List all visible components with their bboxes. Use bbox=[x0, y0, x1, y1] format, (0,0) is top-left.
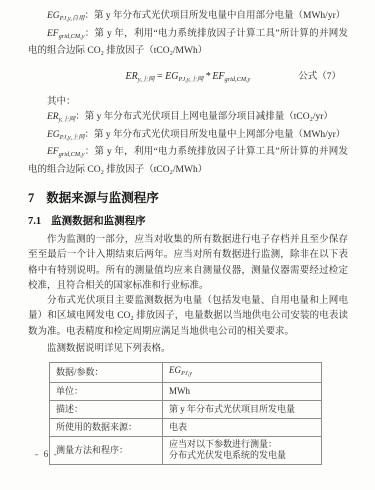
table-row-data-source: 所使用的数据来源： 电表 bbox=[50, 418, 322, 436]
definition-text: ：第 y 年分布式光伏项目所发电量中上网部分电量（MWh/yr） bbox=[85, 130, 346, 140]
section-7-1-heading: 7.1监测数据和监测程序 bbox=[28, 214, 348, 229]
definition-term: EGPJ,y,上网 bbox=[47, 130, 85, 140]
row-value: 应当对以下参数进行测量： 分布式光伏发电系统的发电量 bbox=[163, 436, 322, 464]
monitoring-table: 数据/参数： EGPJ,y 单位： MWh 描述： 第 y 年分布式光伏项目所发… bbox=[49, 362, 322, 465]
definition-er-grid: ERy,上网：第 y 年分布式光伏项目上网电量部分项目减排量（tCO₂/yr） bbox=[28, 110, 348, 128]
paragraph-archiving: 作为监测的一部分，应当对收集的所有数据进行电子存档并且至少保存至至最后一个计入期… bbox=[28, 233, 348, 294]
row-value: EGPJ,y bbox=[163, 363, 322, 383]
definition-term: EGPJ,y,自用 bbox=[47, 11, 85, 21]
definition-term: EFgrid,CM,y bbox=[47, 147, 85, 157]
definition-eg-grid: EGPJ,y,上网：第 y 年分布式光伏项目所发电量中上网部分电量（MWh/yr… bbox=[28, 128, 348, 146]
section-title: 数据来源与监测程序 bbox=[46, 191, 159, 205]
definition-text: ：第 y 年分布式光伏项目上网电量部分项目减排量（tCO₂/yr） bbox=[75, 112, 333, 122]
definition-text: ：第 y 年分布式光伏项目所发电量中自用部分电量（MWh/yr） bbox=[85, 11, 346, 21]
row-label: 数据/参数： bbox=[50, 363, 163, 383]
equals-sign: = bbox=[154, 71, 165, 82]
row-label: 所使用的数据来源： bbox=[50, 418, 163, 436]
equation-rhs-term2: EFgrid,CM,y bbox=[212, 71, 250, 82]
section-7-heading: 7数据来源与监测程序 bbox=[28, 189, 348, 207]
equation-rhs-term1: EGPJ,y,上网 bbox=[165, 71, 203, 82]
table-row-measurement-procedure: 测量方法和程序： 应当对以下参数进行测量： 分布式光伏发电系统的发电量 bbox=[50, 436, 322, 464]
row-label: 测量方法和程序： bbox=[50, 436, 163, 464]
equation-lhs: ERy,上网 bbox=[126, 71, 155, 82]
equation-7-row: ERy,上网=EGPJ,y,上网*EFgrid,CM,y 公式（7） bbox=[28, 69, 348, 85]
row-label: 单位： bbox=[50, 382, 163, 400]
section-number: 7 bbox=[28, 191, 34, 205]
definition-ef-grid-top: EFgrid,CM,y：第 y 年，利用“电力系统排放因子计算工具”所计算的并网… bbox=[28, 27, 348, 60]
table-row-parameter: 数据/参数： EGPJ,y bbox=[50, 363, 322, 383]
definition-term: ERy,上网 bbox=[47, 112, 75, 122]
definition-term: EFgrid,CM,y bbox=[47, 29, 85, 39]
row-value: 电表 bbox=[163, 418, 322, 436]
table-row-unit: 单位： MWh bbox=[50, 382, 322, 400]
equation-number-label: 公式（7） bbox=[298, 70, 341, 86]
parameter-symbol: EGPJ,y bbox=[169, 365, 192, 375]
definition-ef-grid-where: EFgrid,CM,y：第 y 年，利用“电力系统排放因子计算工具”所计算的并网… bbox=[28, 145, 348, 178]
paragraph-monitored-data: 分布式光伏项目主要监测数据为电量（包括发电量、自用电量和上网电量）和区域电网发电… bbox=[28, 294, 348, 340]
subsection-number: 7.1 bbox=[28, 216, 41, 227]
definition-eg-self-use: EGPJ,y,自用：第 y 年分布式光伏项目所发电量中自用部分电量（MWh/yr… bbox=[28, 9, 348, 27]
row-value: 第 y 年分布式光伏项目所发电量 bbox=[163, 400, 322, 418]
page-number: - 6 - bbox=[35, 450, 58, 460]
row-label: 描述： bbox=[50, 400, 163, 418]
multiply-sign: * bbox=[203, 71, 212, 82]
paragraph-table-note: 监测数据说明详见下列表格。 bbox=[28, 342, 348, 357]
document-page: EGPJ,y,自用：第 y 年分布式光伏项目所发电量中自用部分电量（MWh/yr… bbox=[0, 0, 375, 490]
page-content: EGPJ,y,自用：第 y 年分布式光伏项目所发电量中自用部分电量（MWh/yr… bbox=[0, 0, 375, 465]
where-label: 其中： bbox=[28, 95, 348, 111]
table-row-description: 描述： 第 y 年分布式光伏项目所发电量 bbox=[50, 400, 322, 418]
row-value: MWh bbox=[163, 382, 322, 400]
subsection-title: 监测数据和监测程序 bbox=[51, 216, 146, 227]
